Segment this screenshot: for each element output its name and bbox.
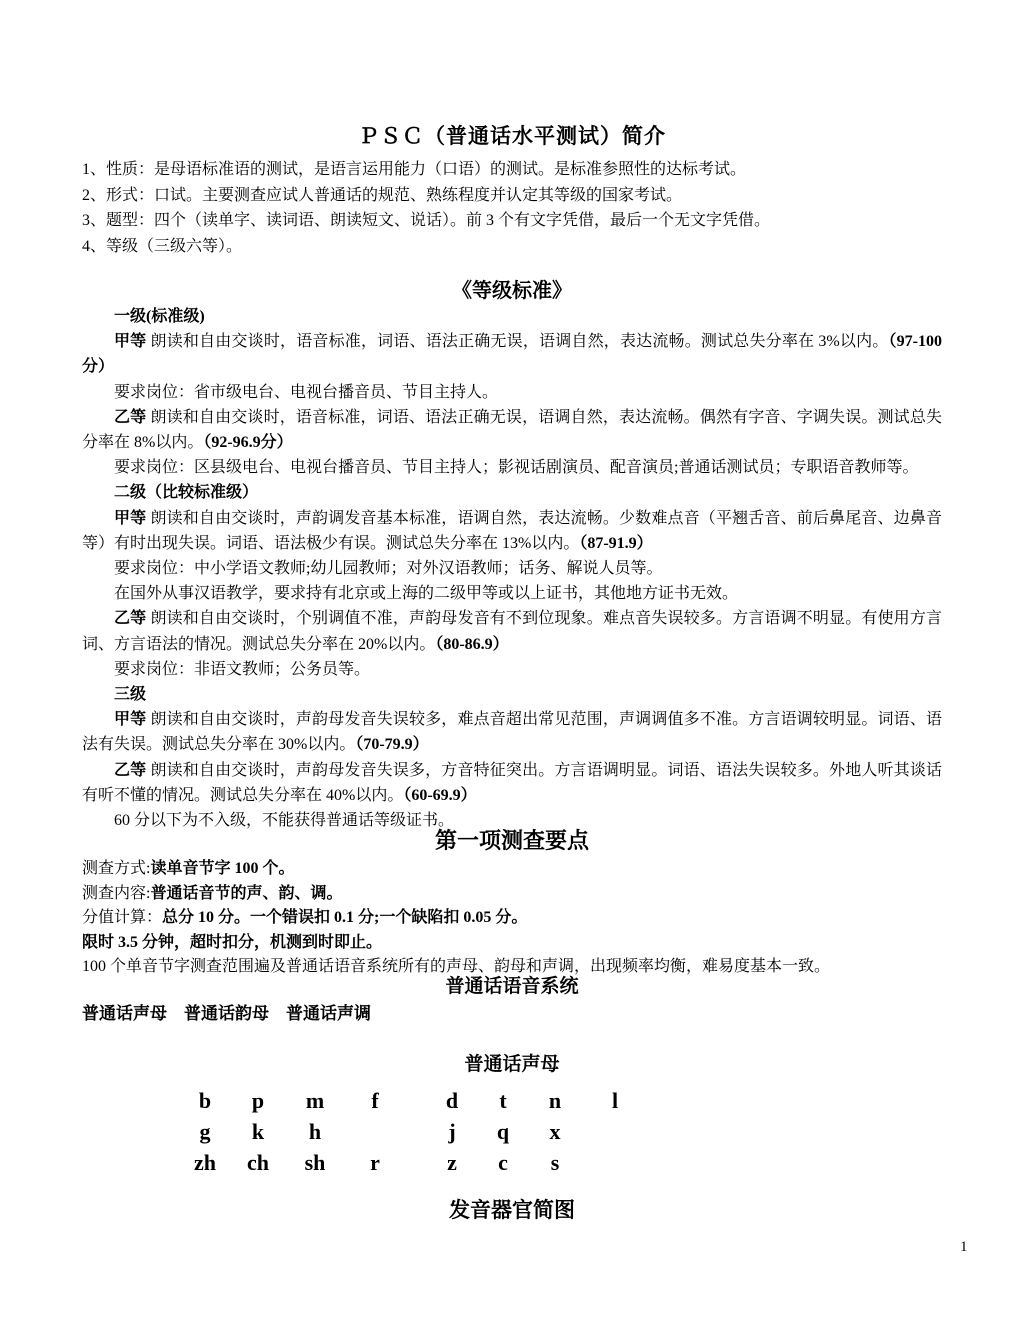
level-2a-paragraph: 甲等 朗读和自由交谈时，声韵调发音基本标准，语调自然，表达流畅。少数难点音（平翘… [82,506,942,556]
grade-text: 朗读和自由交谈时，声韵母发音失误较多，难点音超出常见范围，声调调值多不准。方言语… [82,711,942,753]
initial-letter: j [427,1116,477,1147]
initial-letter: m [290,1085,340,1116]
standards-heading: 《等级标准》 [82,274,942,303]
line-bold-text: 普通话音节的声、韵、调。 [150,885,342,902]
initial-letter: h [290,1116,340,1147]
grade-label: 甲等 [114,333,146,350]
grade-text: 朗读和自由交谈时，语音标准，词语、语法正确无误，语调自然，表达流畅。测试总失分率… [146,333,888,350]
line-label: 测查内容: [82,885,150,902]
time-limit-line: 限时 3.5 分钟，超时扣分，机测到时即止。 [82,931,942,956]
initials-row-1: b p m f d t n l [82,1085,942,1116]
initial-letter: f [350,1085,400,1116]
level-1a-paragraph: 甲等 朗读和自由交谈时，语音标准，词语、语法正确无误，语调自然，表达流畅。测试总… [82,329,942,379]
document-title: ＰＳＣ（普通话水平测试）简介 [82,120,942,150]
grade-text: 朗读和自由交谈时，个别调值不准，声韵母发音有不到位现象。难点音失误较多。方言语调… [82,610,942,652]
initial-letter: q [478,1116,528,1147]
score-range: （92-96.9分） [203,434,292,451]
section1-heading: 第一项测查要点 [82,824,942,855]
grade-label: 乙等 [114,762,146,779]
level-2b-paragraph: 乙等 朗读和自由交谈时，个别调值不准，声韵母发音有不到位现象。难点音失误较多。方… [82,606,942,656]
score-range: （60-69.9） [403,787,476,804]
initial-letter: k [233,1116,283,1147]
level-2a-jobs: 要求岗位：中小学语文教师;幼儿园教师；对外汉语教师；话务、解说人员等。 [82,556,942,581]
initials-row-3: zh ch sh r z c s [82,1147,942,1178]
line-label: 分值计算： [82,909,162,926]
level-2a-note: 在国外从事汉语教学，要求持有北京或上海的二级甲等或以上证书，其他地方证书无效。 [82,581,942,606]
initial-letter: n [530,1085,580,1116]
initials-table: b p m f d t n l g k h j q x zh ch sh r z… [82,1085,942,1181]
line-label: 测查方式: [82,860,150,877]
standards-body: 一级(标准级) 甲等 朗读和自由交谈时，语音标准，词语、语法正确无误，语调自然，… [82,304,942,833]
grade-text: 朗读和自由交谈时，声韵母发音失误多，方音特征突出。方言语调明显。词语、语法失误较… [82,762,942,804]
document-page: { "page": { "title": "ＰＳＣ（普通话水平测试）简介", "… [0,0,1020,1320]
initial-letter: ch [233,1147,283,1178]
speech-organs-heading: 发音器官简图 [82,1194,942,1224]
initial-letter: c [478,1147,528,1178]
initial-letter: z [427,1147,477,1178]
level-3-heading: 三级 [82,682,942,707]
section1-body: 测查方式:读单音节字 100 个。 测查内容:普通话音节的声、韵、调。 分值计算… [82,857,942,980]
level-1b-paragraph: 乙等 朗读和自由交谈时，语音标准，词语、语法正确无误，语调自然，表达流畅。偶然有… [82,405,942,455]
initial-letter: t [478,1085,528,1116]
intro-item-form: 2、形式：口试。主要测查应试人普通话的规范、熟练程度并认定其等级的国家考试。 [82,183,942,209]
initial-letter: b [180,1085,230,1116]
level-3a-paragraph: 甲等 朗读和自由交谈时，声韵母发音失误较多，难点音超出常见范围，声调调值多不准。… [82,707,942,757]
score-range: （80-86.9） [435,636,508,653]
score-range: （70-79.9） [355,736,428,753]
grade-text: 朗读和自由交谈时，声韵调发音基本标准，语调自然，表达流畅。少数难点音（平翘舌音、… [82,510,942,552]
initial-letter: r [350,1147,400,1178]
initial-letter: x [530,1116,580,1147]
grade-label: 乙等 [114,610,146,627]
line-bold-text: 读单音节字 100 个。 [150,860,294,877]
phonetic-subnav: 普通话声母 普通话韵母 普通话声调 [82,999,942,1024]
intro-item-levels: 4、等级（三级六等）。 [82,234,942,260]
initial-letter: s [530,1147,580,1178]
level-1b-jobs: 要求岗位：区县级电台、电视台播音员、节目主持人；影视话剧演员、配音演员;普通话测… [82,455,942,480]
initials-heading: 普通话声母 [82,1049,942,1076]
test-method-line: 测查方式:读单音节字 100 个。 [82,857,942,882]
page-number: 1 [960,1239,968,1256]
initial-letter: l [590,1085,640,1116]
scoring-line: 分值计算：总分 10 分。一个错误扣 0.1 分;一个缺陷扣 0.05 分。 [82,906,942,931]
score-range: （87-91.9） [579,535,652,552]
initial-letter: p [233,1085,283,1116]
line-bold-text: 总分 10 分。一个错误扣 0.1 分;一个缺陷扣 0.05 分。 [162,909,527,926]
level-1a-jobs: 要求岗位：省市级电台、电视台播音员、节目主持人。 [82,380,942,405]
initial-letter: zh [180,1147,230,1178]
initial-letter: sh [290,1147,340,1178]
intro-item-question-types: 3、题型：四个（读单字、读词语、朗读短文、说话）。前 3 个有文字凭借，最后一个… [82,208,942,234]
line-bold-text: 限时 3.5 分钟，超时扣分，机测到时即止。 [82,934,382,951]
grade-label: 甲等 [114,711,146,728]
grade-label: 乙等 [114,409,146,426]
grade-label: 甲等 [114,510,146,527]
initial-letter: g [180,1116,230,1147]
test-content-line: 测查内容:普通话音节的声、韵、调。 [82,882,942,907]
level-2b-jobs: 要求岗位：非语文教师；公务员等。 [82,657,942,682]
initials-row-2: g k h j q x [82,1116,942,1147]
intro-item-nature: 1、性质：是母语标准语的测试，是语言运用能力（口语）的测试。是标准参照性的达标考… [82,157,942,183]
intro-list: 1、性质：是母语标准语的测试，是语言运用能力（口语）的测试。是标准参照性的达标考… [82,157,942,259]
level-2-heading: 二级（比较标准级） [82,480,942,505]
level-3b-paragraph: 乙等 朗读和自由交谈时，声韵母发音失误多，方音特征突出。方言语调明显。词语、语法… [82,758,942,808]
level-1-heading: 一级(标准级) [82,304,942,329]
phonetic-system-heading: 普通话语音系统 [82,971,942,998]
initial-letter: d [427,1085,477,1116]
